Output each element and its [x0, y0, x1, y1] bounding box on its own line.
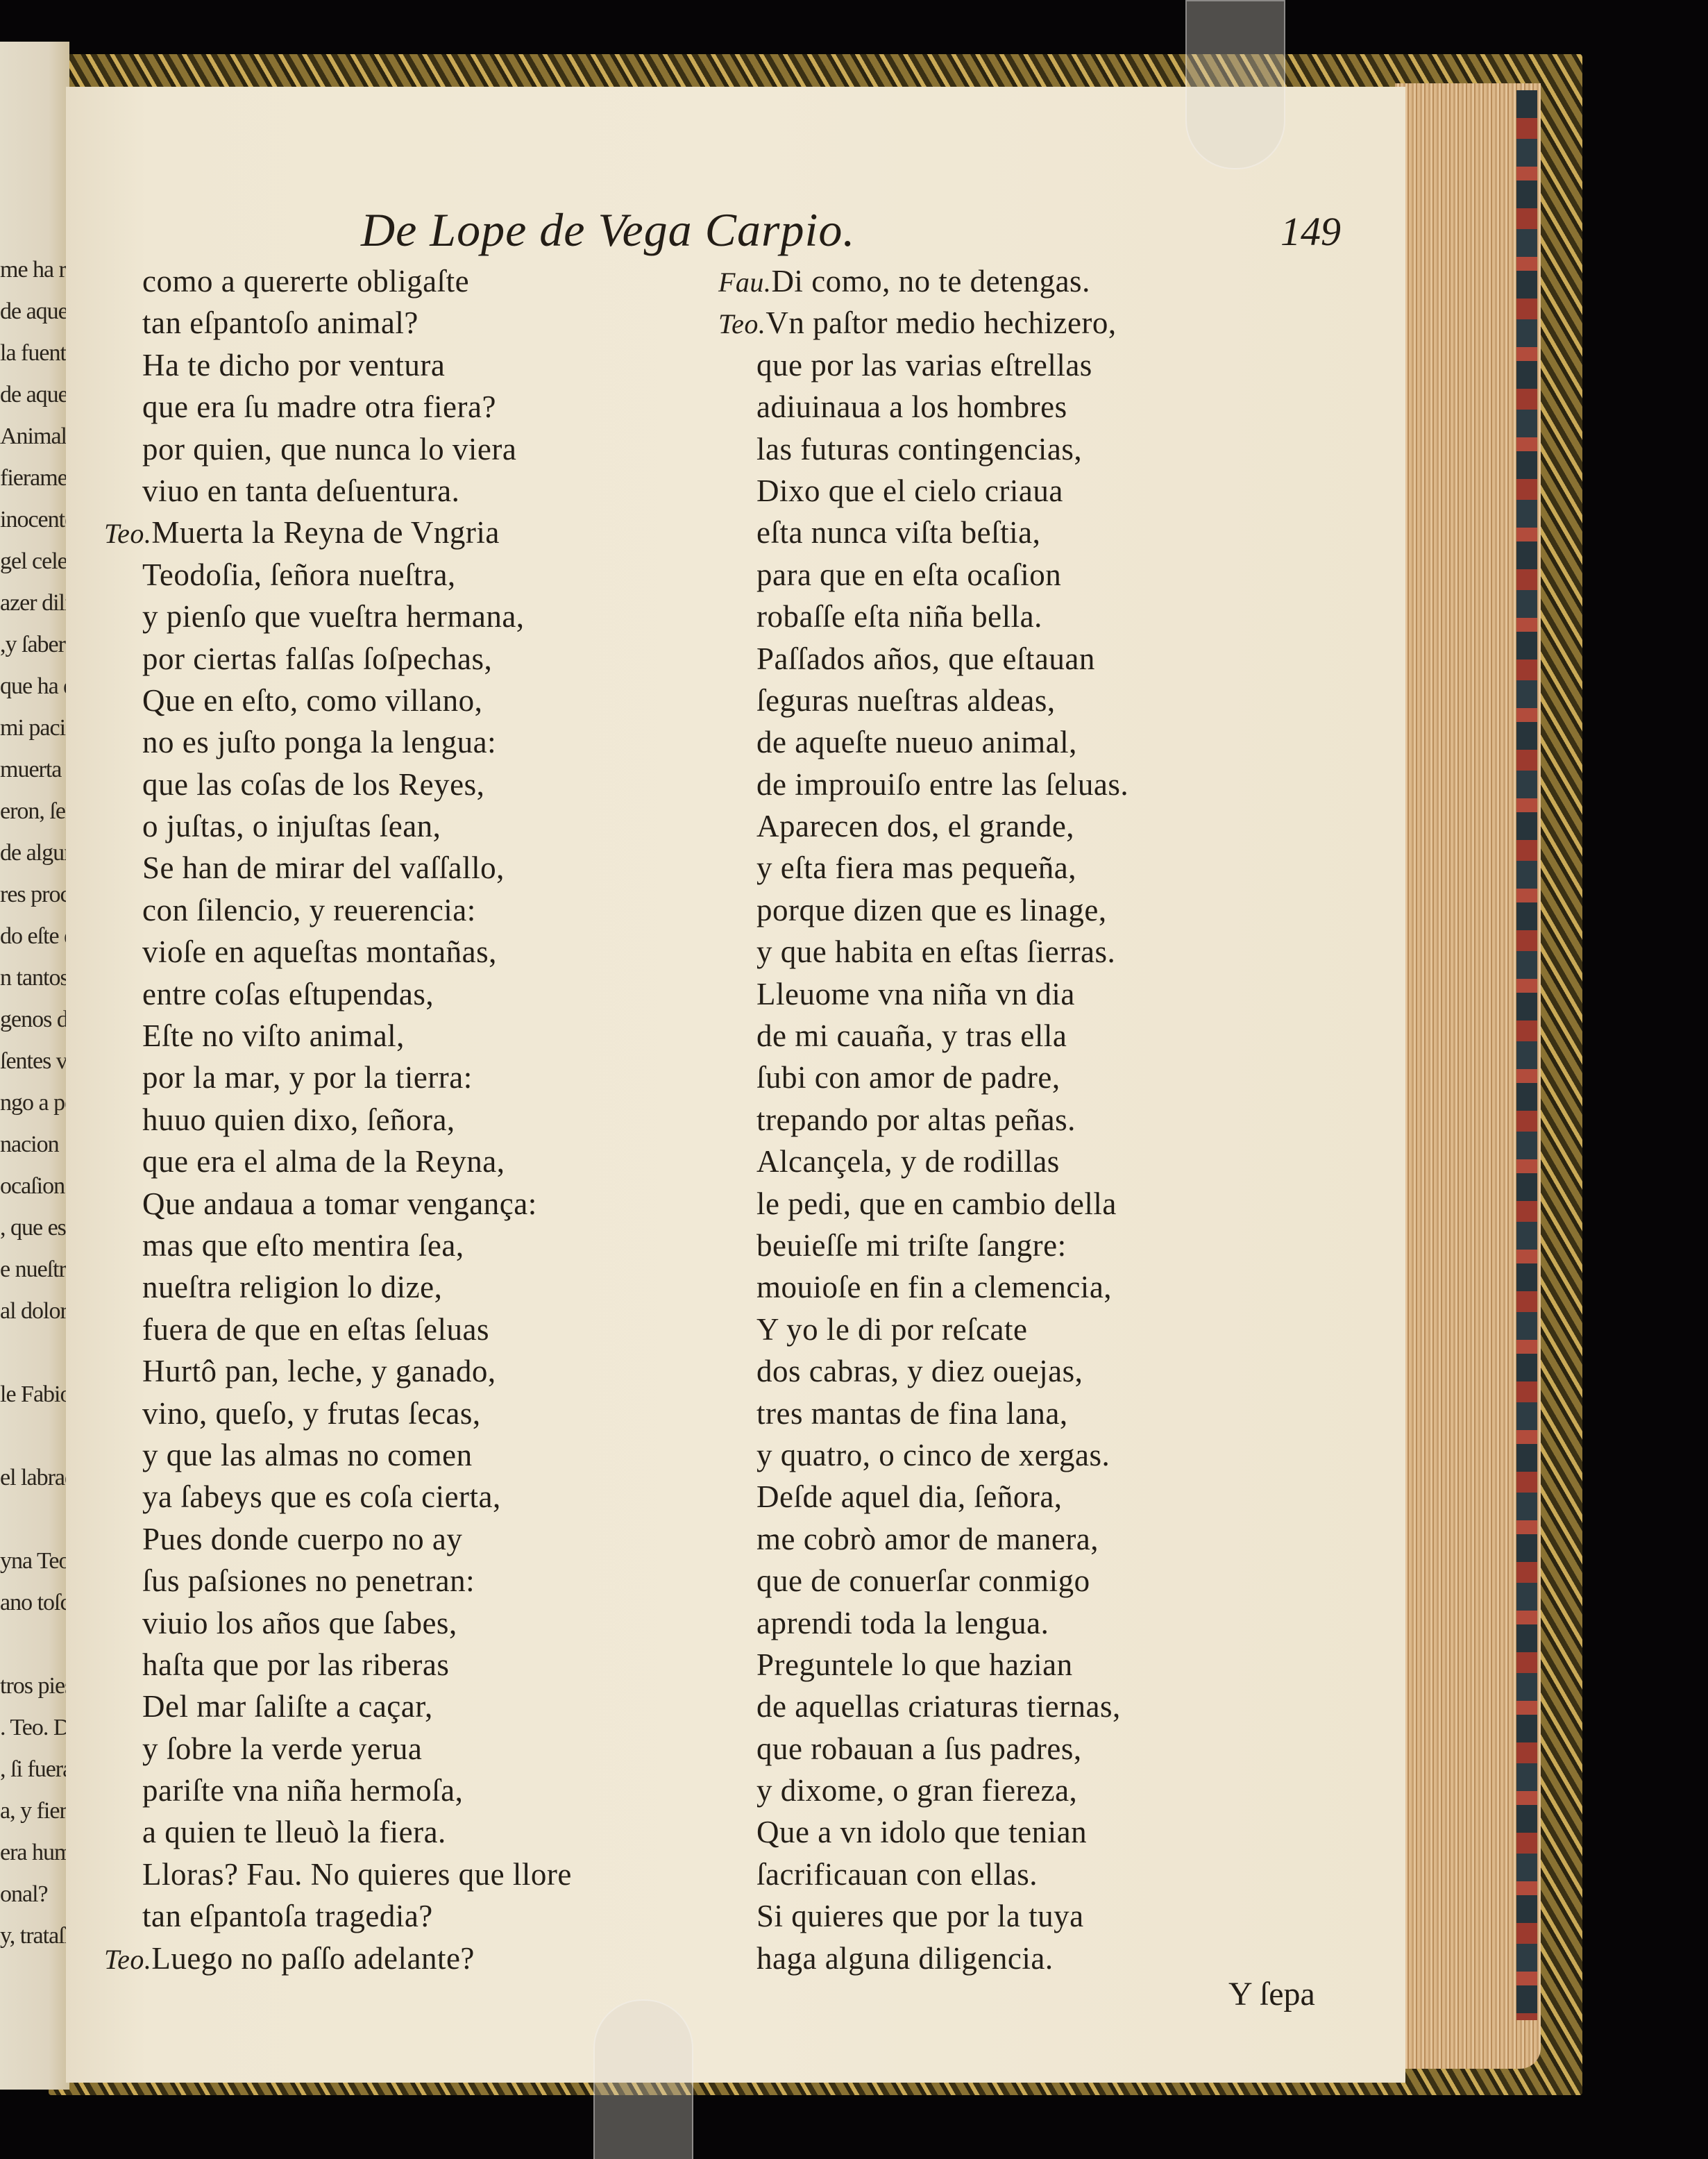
verse-text: Preguntele lo que hazian [756, 1647, 1073, 1682]
verse-line: Teo.Luego no paſſo adelante? [104, 1938, 572, 1979]
verse-text: Del mar ſaliſte a caçar, [142, 1689, 433, 1724]
previous-page-text-fragment: do eſte deſſeo [0, 923, 67, 950]
verse-text: Paſſados años, que eſtauan [756, 641, 1095, 676]
verse-line: fuera de que en eſtas ſeluas [104, 1309, 572, 1350]
verse-line: adiuinaua a los hombres [718, 386, 1128, 428]
previous-page-text-fragment: y, trataſſe [0, 1923, 67, 1949]
verse-text: que por las varias eſtrellas [756, 348, 1092, 383]
previous-page-text-fragment: a, y fiera. [0, 1798, 67, 1824]
verse-line: Dixo que el cielo criaua [718, 470, 1128, 512]
verse-line: ſus paſsiones no penetran: [104, 1560, 572, 1602]
previous-page-text-fragment: de algun paſt [0, 840, 67, 866]
verse-text: de improuiſo entre las ſeluas. [756, 767, 1128, 802]
verse-text: Lloras? Fau. No quieres que llore [142, 1857, 572, 1892]
verse-line: mas que eſto mentira ſea, [104, 1225, 572, 1266]
previous-page-text-fragment: me ha refreſ [0, 257, 67, 283]
verse-text: y quatro, o cinco de xergas. [756, 1438, 1110, 1472]
verse-line: tres mantas de fina lana, [718, 1393, 1128, 1434]
marbled-endpaper-strip [1516, 90, 1537, 2020]
verse-line: le pedi, que en cambio della [718, 1183, 1128, 1225]
verse-line: que por las varias eſtrellas [718, 344, 1128, 386]
page-clip-bottom [593, 1999, 693, 2159]
verse-line: Alcançela, y de rodillas [718, 1141, 1128, 1182]
previous-page-text-fragment: res procura, [0, 882, 67, 908]
verse-text: y ſobre la verde yerua [142, 1731, 422, 1766]
verse-text: pariſte vna niña hermoſa, [142, 1773, 463, 1808]
verse-text: para que en eſta ocaſion [756, 557, 1061, 592]
verse-line: dos cabras, y diez ouejas, [718, 1350, 1128, 1392]
verse-text: nueſtra religion lo dize, [142, 1270, 442, 1304]
verse-line: y que las almas no comen [104, 1434, 572, 1476]
verse-text: las futuras contingencias, [756, 432, 1082, 467]
verse-text: de mi cauaña, y tras ella [756, 1018, 1067, 1053]
previous-page-text-fragment: al dolor. [0, 1298, 67, 1325]
verse-text: eſta nunca viſta beſtia, [756, 515, 1040, 550]
verse-line: por quien, que nunca lo viera [104, 428, 572, 470]
verse-text: y que habita en eſtas ſierras. [756, 934, 1115, 969]
previous-page-text-fragment: yna Teodoſia [0, 1548, 67, 1574]
verse-text: haga alguna diligencia. [756, 1941, 1054, 1976]
previous-page-text-fragment: ngo a penſar, [0, 1090, 67, 1116]
verse-text: por la mar, y por la tierra: [142, 1060, 473, 1095]
verse-text: trepando por altas peñas. [756, 1102, 1076, 1137]
verse-text: Di como, no te detengas. [771, 264, 1090, 299]
verse-text: que era el alma de la Reyna, [142, 1144, 505, 1179]
verse-text: huuo quien dixo, ſeñora, [142, 1102, 455, 1137]
verse-line: y pienſo que vueſtra hermana, [104, 596, 572, 637]
verse-line: Ha te dicho por ventura [104, 344, 572, 386]
verse-text: tres mantas de fina lana, [756, 1396, 1068, 1431]
previous-page-text-fragment: gel celeſtial, [0, 548, 67, 575]
verse-text: que de conuerſar conmigo [756, 1563, 1090, 1598]
verse-line: de aquellas criaturas tiernas, [718, 1686, 1128, 1727]
catchword: Y ſepa [1228, 1975, 1315, 2013]
speaker-label: Teo. [718, 308, 766, 339]
verse-text: Muerta la Reyna de Vngria [151, 515, 500, 550]
verse-text: a quien te lleuò la fiera. [142, 1815, 446, 1849]
verse-text: vino, queſo, y frutas ſecas, [142, 1396, 481, 1431]
verse-text: mouioſe en fin a clemencia, [756, 1270, 1112, 1304]
verse-text: entre coſas eſtupendas, [142, 977, 434, 1011]
verse-text: fuera de que en eſtas ſeluas [142, 1312, 489, 1347]
verse-text: robaſſe eſta niña bella. [756, 599, 1042, 634]
verse-text: que era ſu madre otra fiera? [142, 389, 496, 424]
verse-text: Aparecen dos, el grande, [756, 809, 1074, 843]
verse-line: por la mar, y por la tierra: [104, 1057, 572, 1098]
verse-text: Eſte no viſto animal, [142, 1018, 405, 1053]
verse-text: con ſilencio, y reuerencia: [142, 893, 476, 927]
verse-line: y ſobre la verde yerua [104, 1728, 572, 1770]
previous-page-text-fragment: n tantos años, [0, 965, 67, 991]
verse-text: Luego no paſſo adelante? [151, 1941, 475, 1976]
verse-text: porque dizen que es linage, [756, 893, 1107, 927]
verse-text: y que las almas no comen [142, 1438, 473, 1472]
previous-page-text-fragment: tros pies re [0, 1673, 67, 1699]
verse-line: ſubi con amor de padre, [718, 1057, 1128, 1098]
verse-line: vioſe en aqueſtas montañas, [104, 931, 572, 973]
verse-text: Hurtô pan, leche, y ganado, [142, 1354, 496, 1388]
verse-line: que robauan a ſus padres, [718, 1728, 1128, 1770]
verse-line: y que habita en eſtas ſierras. [718, 931, 1128, 973]
previous-page-text-fragment: mi paciencia. [0, 715, 67, 741]
verse-line: o juſtas, o injuſtas ſean, [104, 805, 572, 847]
verse-text: por quien, que nunca lo viera [142, 432, 516, 467]
verse-text: aprendi toda la lengua. [756, 1606, 1049, 1640]
verse-text: que robauan a ſus padres, [756, 1731, 1082, 1766]
verse-text: y pienſo que vueſtra hermana, [142, 599, 525, 634]
verse-text: Alcançela, y de rodillas [756, 1144, 1060, 1179]
verse-line: Deſde aquel dia, ſeñora, [718, 1476, 1128, 1518]
verse-line: por ciertas falſas ſoſpechas, [104, 638, 572, 680]
verse-line: Del mar ſaliſte a caçar, [104, 1686, 572, 1727]
previous-page-text-fragment: la fuente fri [0, 340, 67, 367]
verse-text: tan eſpantoſa tragedia? [142, 1899, 433, 1933]
verse-line: tan eſpantoſa tragedia? [104, 1895, 572, 1937]
verse-line: Paſſados años, que eſtauan [718, 638, 1128, 680]
verse-line: Lloras? Fau. No quieres que llore [104, 1854, 572, 1895]
verse-line: Preguntele lo que hazian [718, 1644, 1128, 1686]
verse-text: viuo en tanta deſuentura. [142, 473, 459, 508]
verse-line: Aparecen dos, el grande, [718, 805, 1128, 847]
verse-line: porque dizen que es linage, [718, 889, 1128, 931]
verse-text: Que a vn idolo que tenian [756, 1815, 1087, 1849]
verse-text: ſeguras nueſtras aldeas, [756, 683, 1056, 718]
verse-line: Si quieres que por la tuya [718, 1895, 1128, 1937]
verse-text: tan eſpantoſo animal? [142, 305, 418, 340]
verse-line: no es juſto ponga la lengua: [104, 721, 572, 763]
verse-text: Y yo le di por reſcate [756, 1312, 1027, 1347]
previous-page-text-fragment: muerta criatu [0, 757, 67, 783]
verse-text: dos cabras, y diez ouejas, [756, 1354, 1083, 1388]
verse-text: Deſde aquel dia, ſeñora, [756, 1479, 1063, 1514]
verse-line: Pues donde cuerpo no ay [104, 1518, 572, 1560]
verse-text: Se han de mirar del vaſſallo, [142, 850, 505, 885]
verse-text: o juſtas, o injuſtas ſean, [142, 809, 441, 843]
verse-line: Fau.Di como, no te detengas. [718, 260, 1128, 302]
verse-line: haſta que por las riberas [104, 1644, 572, 1686]
previous-page-text-fragment: de aquel dia, [0, 299, 67, 325]
verse-line: y eſta fiera mas pequeña, [718, 847, 1128, 889]
verse-line: mouioſe en fin a clemencia, [718, 1266, 1128, 1308]
verse-text: Si quieres que por la tuya [756, 1899, 1084, 1933]
previous-page-text-fragment: ocaſion. [0, 1173, 67, 1200]
verse-text: que las coſas de los Reyes, [142, 767, 484, 802]
previous-page-text-fragment: el labrador. [0, 1465, 67, 1491]
verse-line: entre coſas eſtupendas, [104, 973, 572, 1015]
previous-page-text-fragment: onal? [0, 1881, 67, 1908]
verse-line: que de conuerſar conmigo [718, 1560, 1128, 1602]
verse-line: aprendi toda la lengua. [718, 1602, 1128, 1644]
verse-line: de improuiſo entre las ſeluas. [718, 764, 1128, 805]
previous-page-text-fragment: nacion [0, 1132, 67, 1158]
verse-text: Ha te dicho por ventura [142, 348, 445, 383]
verse-text: y dixome, o gran fiereza, [756, 1773, 1077, 1808]
previous-page-text-fragment: . Teo. Dime [0, 1715, 67, 1741]
verse-line: que era ſu madre otra fiera? [104, 386, 572, 428]
verse-text: mas que eſto mentira ſea, [142, 1228, 464, 1263]
verse-text: vioſe en aqueſtas montañas, [142, 934, 497, 969]
previous-page-text-fragment: inocente, [0, 507, 67, 533]
running-head: De Lope de Vega Carpio. [361, 203, 855, 258]
verse-line: de aqueſte nueuo animal, [718, 721, 1128, 763]
verse-text: como a quererte obligaſte [142, 264, 469, 299]
page-clip-top [1185, 0, 1285, 169]
verse-line: huuo quien dixo, ſeñora, [104, 1099, 572, 1141]
verse-line: trepando por altas peñas. [718, 1099, 1128, 1141]
previous-page-text-fragment: ,y ſaber [0, 632, 67, 658]
verse-text: no es juſto ponga la lengua: [142, 725, 496, 759]
verse-line: a quien te lleuò la fiera. [104, 1811, 572, 1853]
verse-line: ya ſabeys que es coſa cierta, [104, 1476, 572, 1518]
verse-line: Hurtô pan, leche, y ganado, [104, 1350, 572, 1392]
verse-line: eſta nunca viſta beſtia, [718, 512, 1128, 553]
verse-text: viuio los años que ſabes, [142, 1606, 457, 1640]
previous-page-text-fragment: ſentes veo. [0, 1048, 67, 1075]
previous-page-text-fragment: Animal [0, 423, 67, 450]
verse-text: y eſta fiera mas pequeña, [756, 850, 1076, 885]
verse-text: ya ſabeys que es coſa cierta, [142, 1479, 501, 1514]
verse-line: Y yo le di por reſcate [718, 1309, 1128, 1350]
verse-line: Se han de mirar del vaſſallo, [104, 847, 572, 889]
verse-text: ſacrificauan con ellas. [756, 1857, 1038, 1892]
previous-page-edge: me ha refreſde aquel dia,la fuente fride… [0, 42, 69, 2090]
verse-text: adiuinaua a los hombres [756, 389, 1067, 424]
previous-page-text-fragment: genos daños [0, 1007, 67, 1033]
verse-line: y quatro, o cinco de xergas. [718, 1434, 1128, 1476]
verse-line: como a quererte obligaſte [104, 260, 572, 302]
left-text-column: como a quererte obligaſtetan eſpantoſo a… [104, 260, 572, 1979]
verse-line: y dixome, o gran fiereza, [718, 1770, 1128, 1811]
verse-line: las futuras contingencias, [718, 428, 1128, 470]
verse-line: para que en eſta ocaſion [718, 554, 1128, 596]
verse-line: Que en eſto, como villano, [104, 680, 572, 721]
verse-line: con ſilencio, y reuerencia: [104, 889, 572, 931]
verse-text: ſubi con amor de padre, [756, 1060, 1060, 1095]
previous-page-text-fragment: , que es tenta [0, 1215, 67, 1241]
verse-line: Que a vn idolo que tenian [718, 1811, 1128, 1853]
verse-line: tan eſpantoſo animal? [104, 302, 572, 344]
verse-text: Pues donde cuerpo no ay [142, 1522, 462, 1556]
verse-text: beuieſſe mi triſte ſangre: [756, 1228, 1067, 1263]
verse-text: haſta que por las riberas [142, 1647, 449, 1682]
speaker-label: Fau. [718, 267, 771, 298]
previous-page-text-fragment: que ha de ſer [0, 673, 67, 700]
right-text-column: Fau.Di como, no te detengas.Teo.Vn paſto… [718, 260, 1128, 1979]
verse-text: de aquellas criaturas tiernas, [756, 1689, 1121, 1724]
verse-line: me cobrò amor de manera, [718, 1518, 1128, 1560]
verse-text: Dixo que el cielo criaua [756, 473, 1063, 508]
previous-page-text-fragment: eron, ſeñor, [0, 798, 67, 825]
speaker-label: Teo. [104, 518, 151, 549]
verse-line: Teo.Vn paſtor medio hechizero, [718, 302, 1128, 344]
verse-line: beuieſſe mi triſte ſangre: [718, 1225, 1128, 1266]
previous-page-text-fragment: era huma [0, 1840, 67, 1866]
verse-line: ſeguras nueſtras aldeas, [718, 680, 1128, 721]
verse-text: me cobrò amor de manera, [756, 1522, 1099, 1556]
verse-line: viuo en tanta deſuentura. [104, 470, 572, 512]
verse-text: le pedi, que en cambio della [756, 1186, 1117, 1221]
verse-line: viuio los años que ſabes, [104, 1602, 572, 1644]
previous-page-text-fragment: le Fabio. [0, 1381, 67, 1408]
verse-line: de mi cauaña, y tras ella [718, 1015, 1128, 1057]
page-number: 149 [1280, 208, 1341, 255]
verse-line: vino, queſo, y frutas ſecas, [104, 1393, 572, 1434]
previous-page-text-fragment: ano toſco. [0, 1590, 67, 1616]
verse-line: que era el alma de la Reyna, [104, 1141, 572, 1182]
verse-line: Que andaua a tomar vengança: [104, 1183, 572, 1225]
verse-text: Teodoſia, ſeñora nueſtra, [142, 557, 456, 592]
verse-line: Teo.Muerta la Reyna de Vngria [104, 512, 572, 553]
verse-text: de aqueſte nueuo animal, [756, 725, 1077, 759]
verse-line: pariſte vna niña hermoſa, [104, 1770, 572, 1811]
verse-text: por ciertas falſas ſoſpechas, [142, 641, 492, 676]
previous-page-text-fragment: de aquel pra [0, 382, 67, 408]
verse-line: Teodoſia, ſeñora nueſtra, [104, 554, 572, 596]
verse-text: Lleuome vna niña vn dia [756, 977, 1075, 1011]
verse-line: Lleuome vna niña vn dia [718, 973, 1128, 1015]
verse-text: Que en eſto, como villano, [142, 683, 482, 718]
verse-text: Vn paſtor medio hechizero, [766, 305, 1116, 340]
previous-page-text-fragment: azer diligen [0, 590, 67, 616]
verse-text: Que andaua a tomar vengança: [142, 1186, 537, 1221]
verse-line: nueſtra religion lo dize, [104, 1266, 572, 1308]
verse-line: ſacrificauan con ellas. [718, 1854, 1128, 1895]
previous-page-text-fragment: , ſi fuera [0, 1756, 67, 1783]
verse-text: ſus paſsiones no penetran: [142, 1563, 475, 1598]
previous-page-text-fragment: e nueſtros m [0, 1257, 67, 1283]
speaker-label: Teo. [104, 1944, 151, 1975]
previous-page-text-fragment: fieramente [0, 465, 67, 492]
verse-line: robaſſe eſta niña bella. [718, 596, 1128, 637]
verse-line: haga alguna diligencia. [718, 1938, 1128, 1979]
verse-line: Eſte no viſto animal, [104, 1015, 572, 1057]
verse-line: que las coſas de los Reyes, [104, 764, 572, 805]
